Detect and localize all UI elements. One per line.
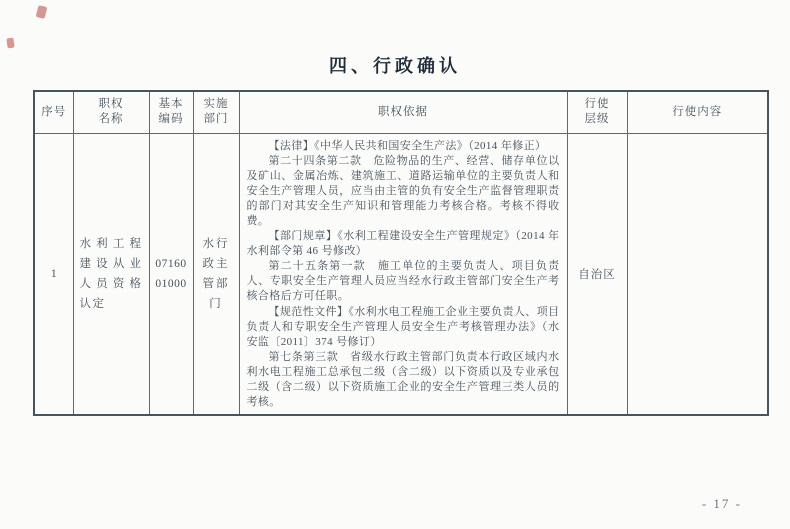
table-row: 1 水利工程建设从业人员资格认定 07160 01000 水行政主管部门 【法律… — [34, 133, 768, 415]
basis-paragraph-normative-clause: 第七条第三款 省级水行政主管部门负责本行政区域内水利水电工程施工总承包二级（含二… — [247, 350, 560, 410]
basis-paragraph-normative-title: 【规范性文件】《水利水电工程施工企业主要负责人、项目负责人和专职安全生产管理人员… — [247, 305, 560, 350]
col-header-authority-name: 职权 名称 — [73, 91, 149, 133]
basis-paragraph-regulation-title: 【部门规章】《水利工程建设安全生产管理规定》（2014 年水利部令第 46 号修… — [247, 229, 560, 259]
authority-basis-text: 【法律】《中华人民共和国安全生产法》（2014 年修正） 第二十四条第二款 危险… — [240, 134, 567, 415]
basis-paragraph-regulation-clause: 第二十五条第一款 施工单位的主要负责人、项目负责人、专职安全生产管理人员应当经水… — [247, 259, 560, 304]
page-number: - 17 - — [702, 496, 742, 512]
implementing-department-text: 水行政主管部门 — [203, 234, 230, 314]
authority-table: 序号 职权 名称 基本 编码 实施 部门 职权依据 行使 层级 行使内容 1 水… — [33, 90, 769, 416]
scan-artifact-speck — [36, 5, 48, 19]
cell-exercise-content — [627, 133, 768, 415]
document-page: 四、行政确认 序号 职权 名称 基本 编码 实施 部门 职权依据 行使 层级 行… — [0, 0, 790, 529]
cell-index: 1 — [34, 133, 73, 415]
cell-basic-code: 07160 01000 — [149, 133, 193, 415]
col-header-index: 序号 — [34, 91, 73, 133]
col-header-basic-code: 基本 编码 — [149, 91, 193, 133]
cell-implementing-department: 水行政主管部门 — [193, 133, 239, 415]
basis-paragraph-law-clause: 第二十四条第二款 危险物品的生产、经营、储存单位以及矿山、金属冶炼、建筑施工、道… — [247, 154, 560, 229]
col-header-exercise-content: 行使内容 — [627, 91, 768, 133]
cell-exercise-level: 自治区 — [567, 133, 627, 415]
page-title: 四、行政确认 — [0, 52, 790, 78]
col-header-authority-basis: 职权依据 — [239, 91, 567, 133]
scan-artifact-speck — [6, 38, 14, 49]
cell-authority-basis: 【法律】《中华人民共和国安全生产法》（2014 年修正） 第二十四条第二款 危险… — [239, 133, 567, 415]
cell-authority-name: 水利工程建设从业人员资格认定 — [73, 133, 149, 415]
authority-name-text: 水利工程建设从业人员资格认定 — [80, 234, 143, 314]
col-header-exercise-level: 行使 层级 — [567, 91, 627, 133]
table-header-row: 序号 职权 名称 基本 编码 实施 部门 职权依据 行使 层级 行使内容 — [34, 91, 768, 133]
col-header-implementing-department: 实施 部门 — [193, 91, 239, 133]
basis-paragraph-law-title: 【法律】《中华人民共和国安全生产法》（2014 年修正） — [247, 139, 560, 154]
